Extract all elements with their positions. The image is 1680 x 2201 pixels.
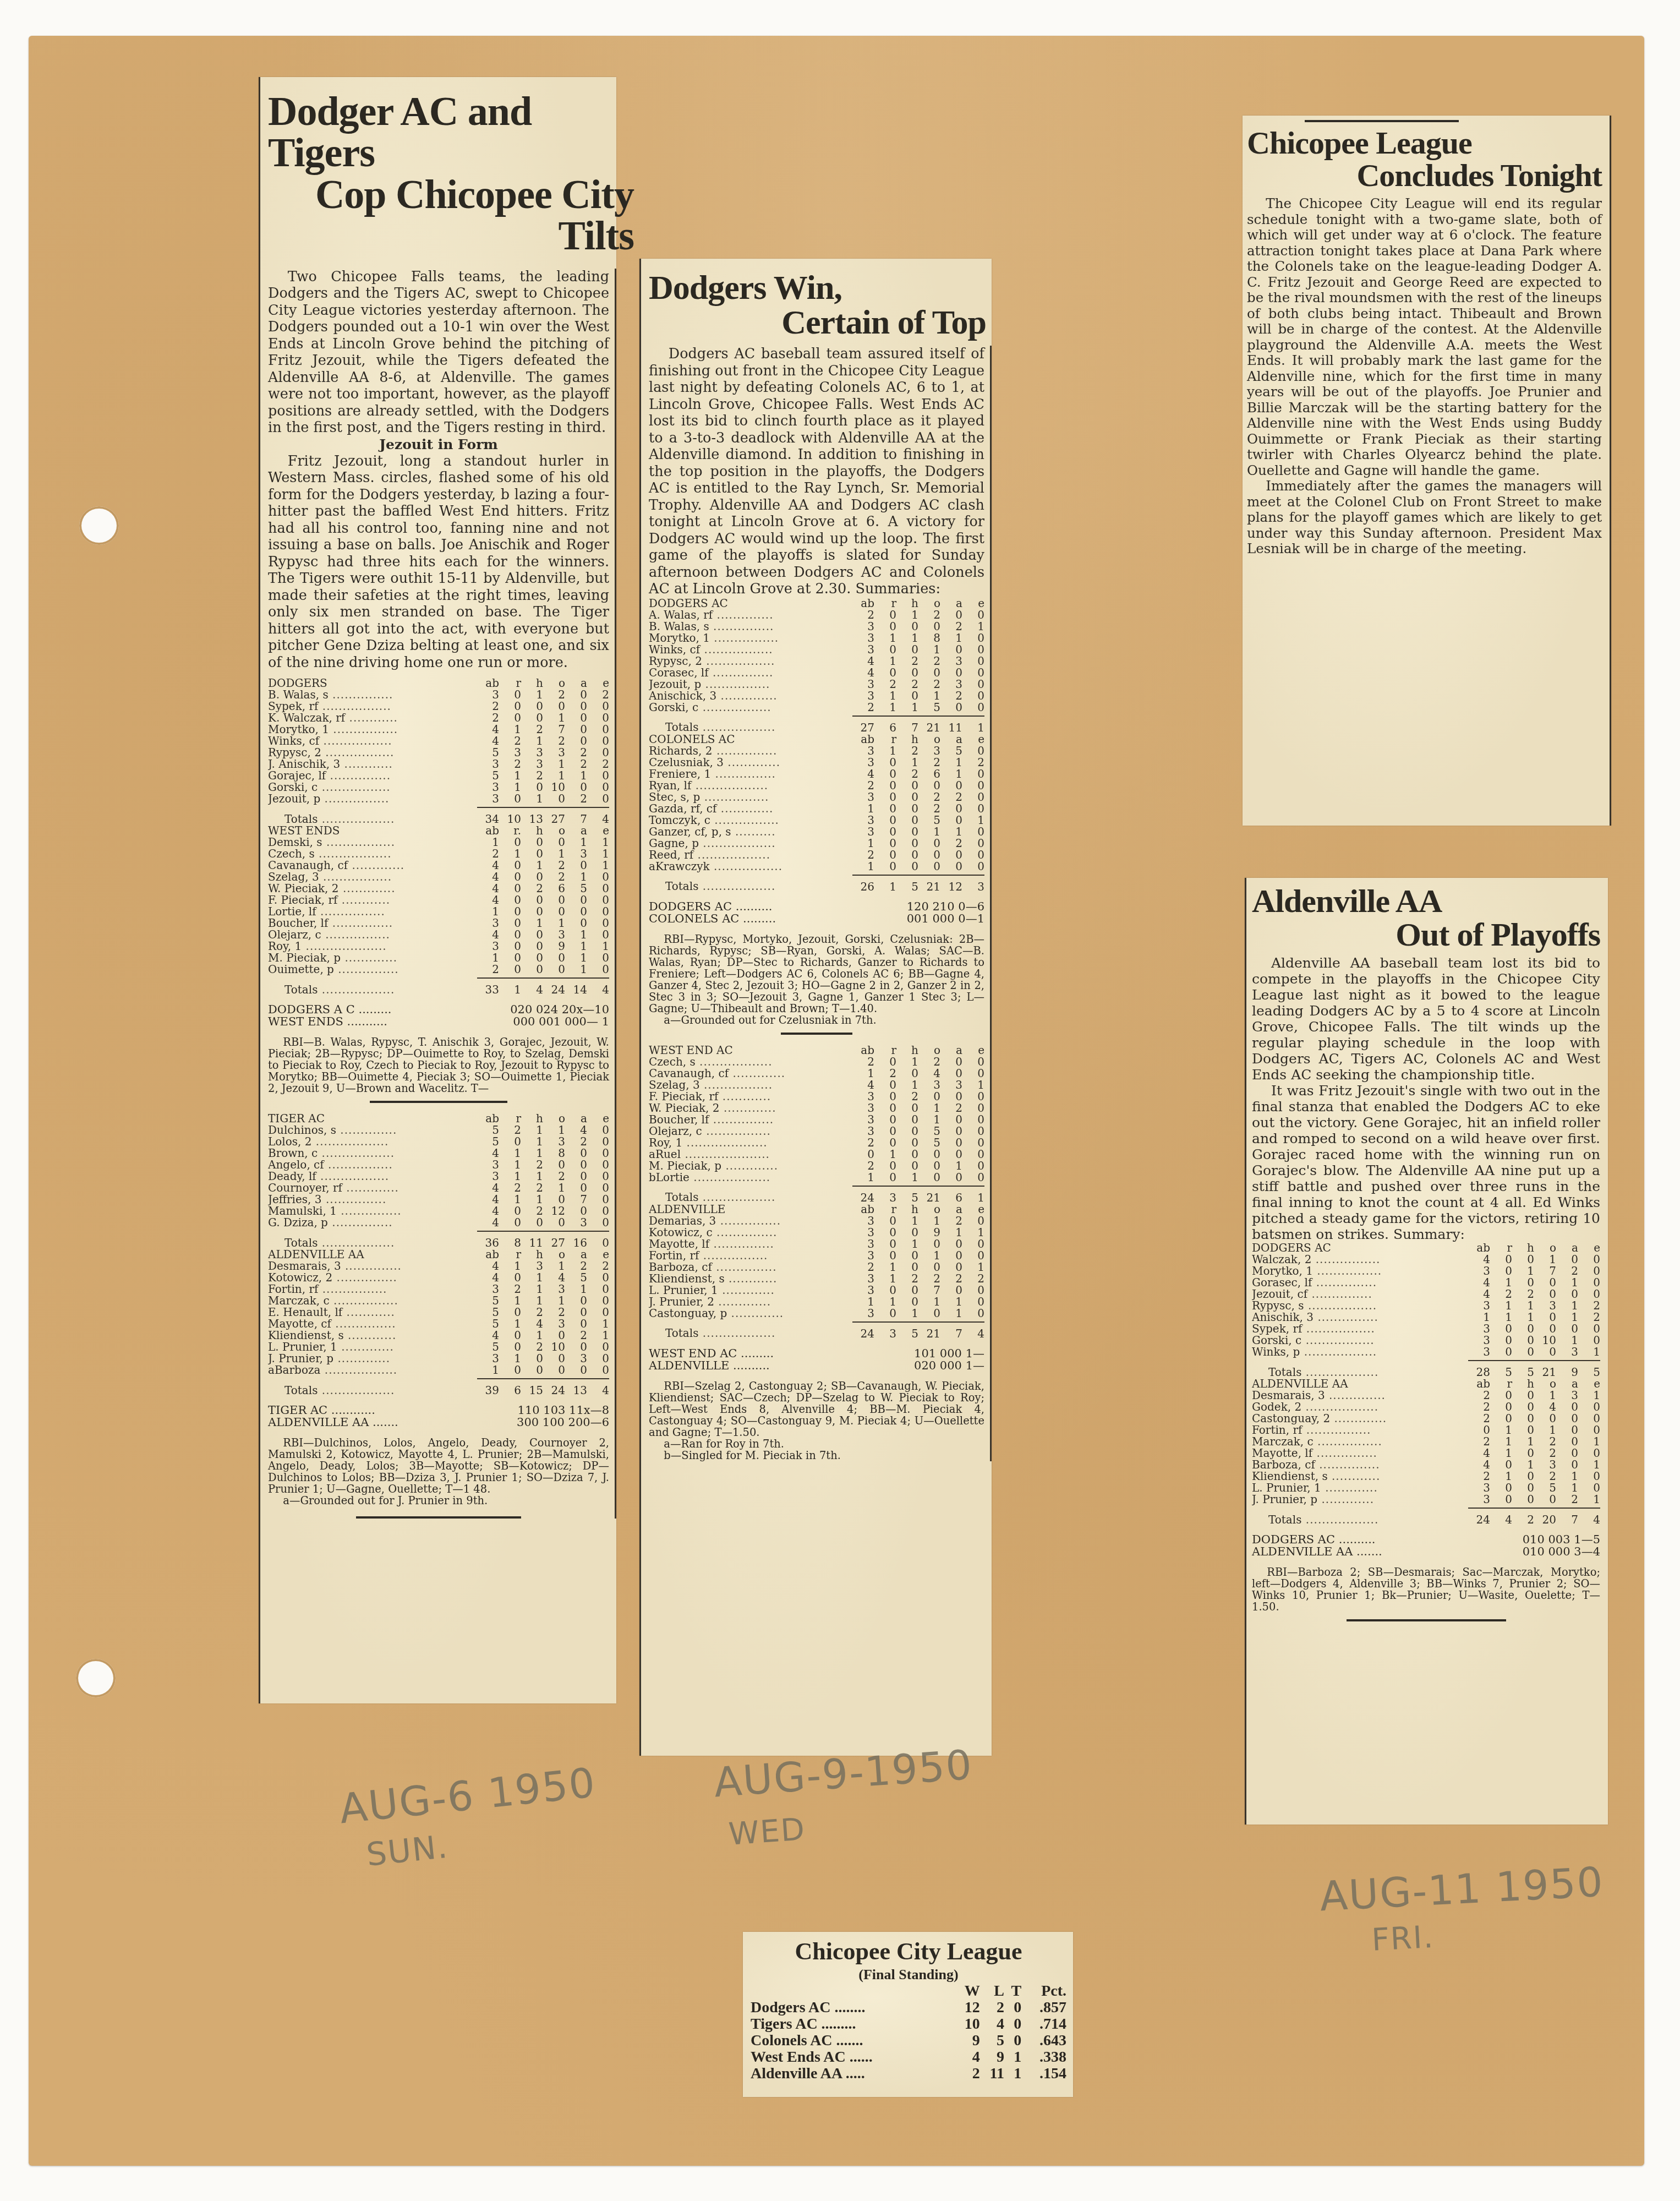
stat-cell: 0 [1578, 1335, 1600, 1346]
stat-cell: 6 [918, 768, 940, 780]
player-name: Ganzer, cf, p, s .......... [649, 826, 852, 838]
column-header: e [1578, 1242, 1600, 1254]
player-row: Jezouit, cf ...............422000 [1252, 1288, 1600, 1300]
stat-cell: 1 [940, 632, 962, 644]
column-header: o [543, 1249, 565, 1260]
player-row: Kliendienst, s ............210210 [1252, 1471, 1600, 1482]
stat-cell: 3 [1468, 1346, 1490, 1358]
stat-cell: 0 [874, 861, 896, 872]
stat-cell: 1 [1578, 1436, 1600, 1448]
player-name: Jezouit, p ................ [649, 679, 852, 690]
player-row: Roy, 1 ....................200500 [649, 1137, 984, 1149]
totals-label: Totals .................. [268, 1379, 477, 1396]
stat-cell: 4 [962, 1322, 984, 1340]
column-header: a [565, 825, 587, 837]
column-header: r [874, 1045, 896, 1056]
player-name: B. Walas, s ............... [268, 689, 477, 701]
stat-cell: 0 [1512, 1448, 1534, 1459]
stat-cell: 0 [499, 701, 521, 712]
stat-cell: 0 [962, 1056, 984, 1068]
team-header-row: WEST END ACabrhoae [649, 1045, 984, 1056]
player-name: Sypek, rf ................. [1252, 1323, 1468, 1335]
stat-cell: 1 [499, 770, 521, 782]
stat-cell: 0 [521, 952, 543, 964]
stat-cell: 0 [521, 929, 543, 941]
player-name: K. Walczak, rf ............ [268, 712, 477, 724]
stat-cell: 3 [918, 1079, 940, 1091]
totals-label: Totals .................. [649, 716, 852, 734]
column-header: o [543, 1113, 565, 1124]
player-name: Anischik, 3 ............... [1252, 1312, 1468, 1323]
stat-cell: 2 [1512, 1508, 1534, 1526]
stat-cell: 0 [1534, 1277, 1556, 1288]
stat-cell: 0 [1512, 1424, 1534, 1436]
stat-cell: 8 [918, 632, 940, 644]
team-name: Aldenville AA ..... [751, 2066, 954, 2082]
stat-cell: 2 [1468, 1471, 1490, 1482]
stat-cell: 0 [1578, 1401, 1600, 1413]
totals-label: Totals .................. [1252, 1361, 1468, 1378]
stat-cell: 0 [499, 793, 521, 805]
stat-cell: 1 [896, 1079, 918, 1091]
stat-cell: 1 [543, 770, 565, 782]
stat-cell: 3 [874, 1322, 896, 1340]
stat-cell: 0 [1512, 1494, 1534, 1505]
column-header: e [587, 1113, 609, 1124]
stat-cell: 0 [543, 964, 565, 975]
stat-cell: 5 [1512, 1361, 1534, 1378]
stat-cell: 4 [1534, 1401, 1556, 1413]
stat-cell: 0 [543, 952, 565, 964]
player-name: Gagne, p .................. [649, 838, 852, 849]
stat-cell: 0 [940, 667, 962, 679]
stat-cell: 3 [852, 644, 874, 656]
stat-cell: 2 [565, 793, 587, 805]
column-header: h [896, 734, 918, 745]
stat-cell: 0 [521, 1364, 543, 1376]
stat-cell: 0 [918, 667, 940, 679]
column-header: ab [477, 678, 499, 689]
stat-cell: 0 [874, 1215, 896, 1227]
stat-cell: 0 [587, 782, 609, 793]
stat-cell: 3 [477, 941, 499, 952]
player-name: Marczak, c ................ [1252, 1436, 1468, 1448]
player-row: E. Henault, lf ............502200 [268, 1307, 609, 1318]
stat-cell: 1 [874, 1296, 896, 1308]
stat-cell: 1 [543, 1295, 565, 1307]
player-row: Ryan, lf ..................200000 [649, 780, 984, 791]
player-name: Fortin, rf ................ [1252, 1424, 1468, 1436]
stat-cell: 2 [874, 1068, 896, 1079]
stat-cell: 1 [874, 1273, 896, 1285]
stat-cell: 0 [587, 770, 609, 782]
game-notes: RBI—Rypysc, Mortyko, Jezouit, Gorski, Cz… [649, 933, 984, 1026]
stat-cell: 0 [896, 1149, 918, 1160]
player-row: Rypysc, 2 .................412230 [649, 656, 984, 667]
player-name: Desmarais, 3 .............. [1252, 1390, 1468, 1401]
stat-cell: 4 [477, 871, 499, 883]
player-row: Fortin, rf ................010100 [1252, 1424, 1600, 1436]
stat-cell: 2 [587, 1260, 609, 1272]
stat-cell: 0 [918, 1149, 940, 1160]
stat-cell: 2 [1578, 1300, 1600, 1312]
stat-cell: 0 [587, 1148, 609, 1159]
stat-cell: 1 [896, 1215, 918, 1227]
stat-cell: 3 [543, 1318, 565, 1330]
team-header-row: ALDENVILLE AAabrhoae [268, 1249, 609, 1260]
linescore-table: TIGER AC ............110 103 11x—8ALDENV… [268, 1404, 609, 1428]
stat-cell: 1 [499, 1295, 521, 1307]
player-row: Cournoyer, rf .............422100 [268, 1182, 609, 1194]
player-row: Winks, p ..................300031 [1252, 1346, 1600, 1358]
stat-cell: 1 [1490, 1436, 1512, 1448]
note-paragraph: a—Grounded out for Czelusniak in 7th. [649, 1014, 984, 1026]
note-paragraph: b—Singled for M. Pieciak in 7th. [649, 1450, 984, 1461]
note-paragraph: RBI—B. Walas, Rypysc, T. Anischik 3, Gor… [268, 1036, 609, 1094]
stat-cell: 3 [1468, 1323, 1490, 1335]
linescore-team: WEST END AC ......... [649, 1347, 863, 1359]
stat-cell: 0 [962, 838, 984, 849]
stat-cell: 0 [499, 917, 521, 929]
stat-cell: 16 [565, 1231, 587, 1249]
player-row: Sypek, rf .................300000 [1252, 1323, 1600, 1335]
linescore-team: DODGERS AC .......... [1252, 1533, 1470, 1545]
stat-cell: 2 [852, 702, 874, 713]
stat-cell: 4 [477, 1260, 499, 1272]
stat-cell: 2 [1468, 1401, 1490, 1413]
stat-cell: 0 [565, 712, 587, 724]
headline: Dodgers Win, Certain of Top [649, 271, 992, 340]
game-notes: RBI—Dulchinos, Lolos, Angelo, Deady, Cou… [268, 1437, 609, 1506]
stat-cell: 2 [1534, 1471, 1556, 1482]
stat-cell: 3 [477, 917, 499, 929]
column-header: a [940, 734, 962, 745]
stat-cell: 0 [1556, 1448, 1578, 1459]
stat-cell: 36 [477, 1231, 499, 1249]
stat-cell: 0 [565, 906, 587, 917]
stat-cell: 0 [543, 906, 565, 917]
clipping-final-standing: Chicopee City League (Final Standing) WL… [743, 1932, 1073, 2097]
column-header: o [918, 598, 940, 609]
stat-cell: 1 [874, 632, 896, 644]
clipping-dodger-ac-tigers: Dodger AC and Tigers Cop Chicopee City T… [259, 77, 616, 1703]
stat-cell: 0 [587, 917, 609, 929]
player-row: A. Walas, rf ..............201200 [649, 609, 984, 621]
stat-cell: 3 [1468, 1335, 1490, 1346]
stat-cell: 1 [1556, 1312, 1578, 1323]
stat-cell: 0 [896, 1068, 918, 1079]
stat-cell: 0 [874, 849, 896, 861]
player-row: M. Pieciak, p .............200010 [649, 1160, 984, 1172]
stat-cell: 0 [543, 1194, 565, 1205]
player-name: G. Dziza, p ............... [268, 1217, 477, 1228]
box-score: DODGERS ACabrhoaeA. Walas, rf ..........… [649, 598, 984, 893]
stat-cell: 3 [1534, 1300, 1556, 1312]
column-header: h [521, 678, 543, 689]
team-name: DODGERS AC [649, 598, 852, 609]
stat-cell: 2 [896, 1091, 918, 1102]
stat-cell: 1 [852, 838, 874, 849]
linescore-row: TIGER AC ............110 103 11x—8 [268, 1404, 609, 1416]
stat-cell: 2 [499, 758, 521, 770]
stat-cell: 0 [874, 1091, 896, 1102]
stat-cell: 0 [962, 609, 984, 621]
stat-cell: 1 [1004, 2066, 1021, 2082]
player-name: Cavanaugh, cf ............. [268, 860, 477, 871]
player-name: F. Pieciak, rf ............ [649, 1091, 852, 1102]
stat-cell: 0 [896, 1160, 918, 1172]
player-row: Jeffries, 3 ...............411070 [268, 1194, 609, 1205]
column-header: a [565, 1113, 587, 1124]
stat-cell: 3 [477, 793, 499, 805]
column-header: a [940, 1045, 962, 1056]
stat-cell: .338 [1021, 2049, 1066, 2066]
stat-cell: 2 [521, 883, 543, 894]
stat-cell: 0 [565, 917, 587, 929]
clipping-league-concludes: Chicopee League Concludes Tonight The Ch… [1243, 116, 1611, 826]
stat-cell: 0 [918, 1091, 940, 1102]
stat-cell: 0 [874, 768, 896, 780]
linescore-innings: 020 000 1— [863, 1359, 984, 1372]
player-name: Roy, 1 .................... [649, 1137, 852, 1149]
box-score-table: WEST END ACabrhoaeCzech, s .............… [649, 1045, 984, 1340]
stat-cell: 2 [874, 679, 896, 690]
standings-row: Colonels AC .......950.643 [751, 2033, 1066, 2049]
stat-cell: 1 [521, 1330, 543, 1341]
stat-cell: 5 [918, 1137, 940, 1149]
column-header: a [565, 678, 587, 689]
linescore-team: ALDENVILLE .......... [649, 1359, 863, 1372]
player-row: Barboza, cf ...............401301 [1252, 1459, 1600, 1471]
stat-cell: 0 [874, 1056, 896, 1068]
stat-cell: 2 [477, 848, 499, 860]
stat-cell: 1 [896, 702, 918, 713]
column-header: ab [1468, 1242, 1490, 1254]
stat-cell: 0 [1534, 1288, 1556, 1300]
stat-cell: 0 [874, 780, 896, 791]
stat-cell: 0 [499, 1330, 521, 1341]
stat-cell: 1 [499, 724, 521, 735]
stat-cell: 1 [874, 745, 896, 757]
stat-cell: 2 [852, 849, 874, 861]
box-score: TIGER ACabrhoaeDulchinos, s ............… [268, 1113, 609, 1396]
column-header: h [521, 825, 543, 837]
player-row: Szelag, 3 .................401331 [649, 1079, 984, 1091]
stat-cell: 0 [962, 1285, 984, 1296]
game-notes: RBI—Barboza 2; SB—Desmarais; Sac—Marczak… [1252, 1566, 1600, 1613]
stat-cell: .857 [1021, 2000, 1066, 2016]
totals-label: Totals .................. [268, 978, 477, 996]
player-row: Morytko, 1 ................301720 [1252, 1265, 1600, 1277]
stat-cell: 0 [874, 815, 896, 826]
stat-cell: 1 [962, 1186, 984, 1204]
stat-cell: 0 [896, 815, 918, 826]
stat-cell: 0 [874, 1102, 896, 1114]
stat-cell: 5 [565, 883, 587, 894]
player-name: Cournoyer, rf ............. [268, 1182, 477, 1194]
stat-cell: 4 [852, 656, 874, 667]
stat-cell: 2 [1534, 1448, 1556, 1459]
stat-cell: 4 [954, 2049, 980, 2066]
stat-cell: 4 [852, 1079, 874, 1091]
team-header-row: WEST ENDSabr.hoae [268, 825, 609, 837]
stat-cell: 1 [587, 860, 609, 871]
stat-cell: 0 [1578, 1265, 1600, 1277]
stat-cell: 0 [962, 1114, 984, 1126]
stat-cell: 2 [1468, 1390, 1490, 1401]
stat-cell: 3 [1534, 1459, 1556, 1471]
stat-cell: 0 [499, 1217, 521, 1228]
stat-cell: 3 [852, 1215, 874, 1227]
player-row: L. Prunier, 1 .............300510 [1252, 1482, 1600, 1494]
stat-cell: 1 [1556, 1335, 1578, 1346]
stat-cell: 1 [587, 941, 609, 952]
player-name: Mayotte, lf ............... [1252, 1448, 1468, 1459]
totals-row: Totals ..................24352161 [649, 1186, 984, 1204]
column-header: h [896, 598, 918, 609]
stat-cell: 1 [499, 1353, 521, 1364]
clipping-dodgers-win: Dodgers Win, Certain of Top Dodgers AC b… [639, 259, 992, 1756]
stat-cell: 2 [962, 757, 984, 768]
stat-cell: 0 [962, 1126, 984, 1137]
stat-cell: 0 [587, 1182, 609, 1194]
column-header: a [940, 598, 962, 609]
stat-cell: 1 [543, 1260, 565, 1272]
stat-cell: 21 [918, 716, 940, 734]
column-header: W [954, 1983, 980, 2000]
stat-cell: 5 [1490, 1361, 1512, 1378]
player-row: Kliendienst, s ............401021 [268, 1330, 609, 1341]
column-header: r. [499, 825, 521, 837]
stat-cell: 1 [477, 1364, 499, 1376]
player-row: Godek, 2 ..................200400 [1252, 1401, 1600, 1413]
player-name: J. Prunier, 2 ............. [649, 1296, 852, 1308]
standings-subtitle: (Final Standing) [751, 1967, 1066, 1983]
stat-cell: 4 [1468, 1277, 1490, 1288]
stat-cell: 0 [521, 894, 543, 906]
stat-cell: 1 [1556, 1482, 1578, 1494]
stat-cell: 0 [962, 768, 984, 780]
stat-cell: 2 [918, 656, 940, 667]
stat-cell: 0 [499, 1136, 521, 1148]
team-name: WEST END AC [649, 1045, 852, 1056]
stat-cell: 0 [1578, 1323, 1600, 1335]
player-name: Kotowicz, 2 ............... [268, 1272, 477, 1284]
stat-cell: 1 [543, 1182, 565, 1194]
player-name: L. Prunier, 1 ............. [649, 1285, 852, 1296]
stat-cell: 0 [521, 871, 543, 883]
column-header: a [940, 1204, 962, 1215]
stat-cell: 0 [499, 883, 521, 894]
player-name: Cavanaugh, cf ............. [649, 1068, 852, 1079]
stat-cell: 2 [852, 1056, 874, 1068]
stat-cell: 2 [499, 735, 521, 747]
stat-cell: 5 [918, 702, 940, 713]
stat-cell: 0 [896, 791, 918, 803]
stat-cell: 0 [499, 871, 521, 883]
stat-cell: 0 [1556, 1288, 1578, 1300]
stat-cell: 0 [962, 861, 984, 872]
player-row: Deady, lf .................311200 [268, 1171, 609, 1182]
stat-cell: 0 [587, 1231, 609, 1249]
headline: Chicopee League Concludes Tonight [1247, 127, 1602, 192]
stat-cell: 4 [980, 2016, 1004, 2033]
stat-cell: 0 [587, 747, 609, 758]
stat-cell: 1 [896, 609, 918, 621]
stat-cell: 2 [940, 791, 962, 803]
stat-cell: 2 [896, 745, 918, 757]
stat-cell: 1 [1512, 1436, 1534, 1448]
player-name: Deady, lf ................. [268, 1171, 477, 1182]
stat-cell: 0 [874, 1250, 896, 1261]
stat-cell: 0 [940, 1056, 962, 1068]
column-header: e [962, 1045, 984, 1056]
stat-cell: 5 [918, 815, 940, 826]
stat-cell: 4 [587, 978, 609, 996]
player-row: Gorasec, lf ...............410010 [1252, 1277, 1600, 1288]
stat-cell: 0 [962, 803, 984, 815]
player-row: Gorski, c .................211500 [649, 702, 984, 713]
stat-cell: 4 [1490, 1508, 1512, 1526]
stat-cell: 3 [852, 815, 874, 826]
player-row: L. Prunier, 1 .............300700 [649, 1285, 984, 1296]
stat-cell: 1 [565, 964, 587, 975]
stat-cell: 33 [477, 978, 499, 996]
stat-cell: 6 [543, 883, 565, 894]
stat-cell: 1 [521, 860, 543, 871]
stat-cell: 1 [521, 1136, 543, 1148]
stat-cell: 1 [477, 906, 499, 917]
column-header: L [980, 1983, 1004, 2000]
stat-cell: 1 [587, 837, 609, 848]
stat-cell: 0 [521, 1217, 543, 1228]
stat-cell: 2 [940, 1102, 962, 1114]
player-row: Mayotte, lf ...............410200 [1252, 1448, 1600, 1459]
player-row: aKrawczyk .................100000 [649, 861, 984, 872]
stat-cell: 0 [1490, 1482, 1512, 1494]
stat-cell: 3 [940, 656, 962, 667]
stat-cell: 1 [499, 978, 521, 996]
stat-cell: 1 [940, 1296, 962, 1308]
player-name: Tomczyk, c ................ [649, 815, 852, 826]
stat-cell: 1 [1490, 1471, 1512, 1482]
stat-cell: 15 [521, 1379, 543, 1396]
stat-cell: 0 [896, 1250, 918, 1261]
stat-cell: 6 [874, 716, 896, 734]
column-header: e [587, 678, 609, 689]
player-name: Marczak, c ................ [268, 1295, 477, 1307]
stat-cell: 4 [477, 1330, 499, 1341]
stat-cell: 0 [1512, 1390, 1534, 1401]
stat-cell: 0 [1490, 1401, 1512, 1413]
stat-cell: 0 [874, 644, 896, 656]
stat-cell: 0 [852, 1149, 874, 1160]
player-name: Freniere, 1 ............... [649, 768, 852, 780]
stat-cell: 0 [587, 906, 609, 917]
stat-cell: 0 [1556, 1436, 1578, 1448]
player-name: Kliendienst, s ............ [268, 1330, 477, 1341]
linescore-row: ALDENVILLE AA .......300 100 200—6 [268, 1416, 609, 1428]
stat-cell: 0 [1490, 1494, 1512, 1505]
stat-cell: 1 [1490, 1448, 1512, 1459]
stat-cell: 1 [521, 1284, 543, 1295]
player-row: Marczak, c ................211201 [1252, 1436, 1600, 1448]
player-name: J. Anischik, 3 ............ [268, 758, 477, 770]
player-row: Winks, cf .................421200 [268, 735, 609, 747]
linescore: DODGERS AC ..........120 210 0—6COLONELS… [649, 900, 984, 925]
stat-cell: 0 [1490, 1254, 1512, 1265]
stat-cell: 0 [1578, 1424, 1600, 1436]
